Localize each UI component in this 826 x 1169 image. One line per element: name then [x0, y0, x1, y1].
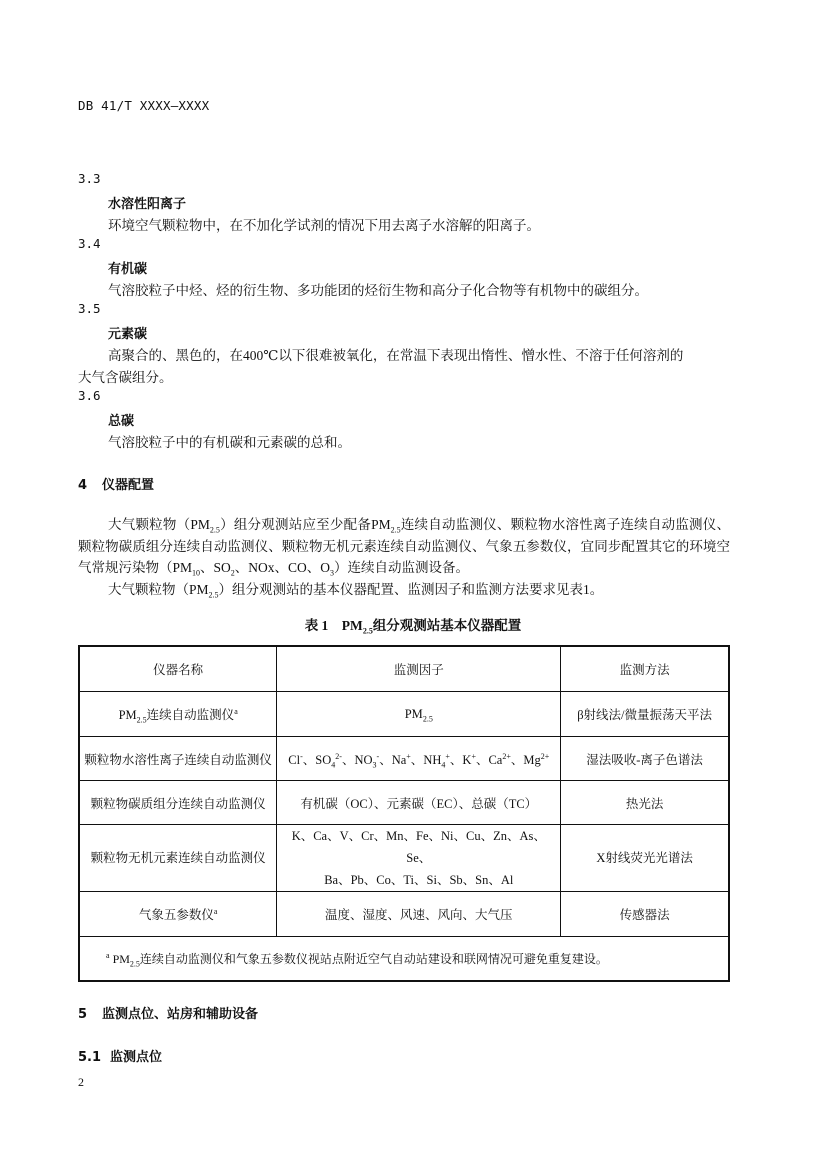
section-4-body: 大气颗粒物（PM2.5）组分观测站应至少配备PM2.5连续自动监测仪、颗粒物水溶…: [78, 514, 730, 600]
term-definition: 环境空气颗粒物中，在不加化学试剂的情况下用去离子水溶解的阳离子。: [108, 214, 540, 234]
term-definition: 气溶胶粒子中烃、烃的衍生物、多功能团的烃衍生物和高分子化合物等有机物中的碳组分。: [108, 279, 648, 299]
instrument-name: 颗粒物无机元素连续自动监测仪: [79, 825, 277, 892]
section-heading-5: 5监测点位、站房和辅助设备: [78, 1003, 258, 1022]
section-title: 监测点位、站房和辅助设备: [102, 1007, 258, 1022]
instrument-name: PM2.5连续自动监测仪a: [79, 692, 277, 737]
monitoring-factor: 有机碳（OC）、元素碳（EC）、总碳（TC）: [277, 781, 561, 825]
monitoring-method: 热光法: [561, 781, 729, 825]
monitoring-method: X射线荧光光谱法: [561, 825, 729, 892]
term-definition: 气溶胶粒子中的有机碳和元素碳的总和。: [108, 431, 351, 451]
instrument-name: 气象五参数仪a: [79, 892, 277, 937]
table-row: 气象五参数仪a 温度、湿度、风速、风向、大气压 传感器法: [79, 892, 729, 937]
clause-number: 3.5: [78, 301, 101, 316]
paragraph: 大气颗粒物（PM2.5）组分观测站应至少配备PM2.5连续自动监测仪、颗粒物水溶…: [78, 514, 730, 579]
instrument-name: 颗粒物水溶性离子连续自动监测仪: [79, 737, 277, 781]
section-heading-5-1: 5.1监测点位: [78, 1046, 162, 1065]
term-definition-continued: 大气含碳组分。: [78, 366, 173, 386]
instrument-name: 颗粒物碳质组分连续自动监测仪: [79, 781, 277, 825]
term-title: 元素碳: [108, 323, 147, 342]
section-number: 5.1: [78, 1050, 110, 1065]
section-title: 监测点位: [110, 1050, 162, 1065]
term-title: 总碳: [108, 410, 134, 429]
column-header: 仪器名称: [79, 646, 277, 692]
table-row: 颗粒物水溶性离子连续自动监测仪 Cl-、SO42-、NO3-、Na+、NH4+、…: [79, 737, 729, 781]
term-title: 有机碳: [108, 258, 147, 277]
section-title: 仪器配置: [102, 478, 154, 493]
table-note-row: a PM2.5连续自动监测仪和气象五参数仪视站点附近空气自动站建设和联网情况可避…: [79, 937, 729, 982]
monitoring-factor: 温度、湿度、风速、风向、大气压: [277, 892, 561, 937]
section-number: 5: [78, 1007, 102, 1022]
section-number: 4: [78, 478, 102, 493]
monitoring-factor: K、Ca、V、Cr、Mn、Fe、Ni、Cu、Zn、As、Se、Ba、Pb、Co、…: [277, 825, 561, 892]
column-header: 监测因子: [277, 646, 561, 692]
term-definition: 高聚合的、黑色的，在400℃以下很难被氧化，在常温下表现出惰性、憎水性、不溶于任…: [108, 344, 683, 364]
monitoring-method: 湿法吸收-离子色谱法: [561, 737, 729, 781]
monitoring-factor: Cl-、SO42-、NO3-、Na+、NH4+、K+、Ca2+、Mg2+: [277, 737, 561, 781]
clause-number: 3.4: [78, 236, 101, 251]
clause-number: 3.3: [78, 171, 101, 186]
monitoring-method: β射线法/微量振荡天平法: [561, 692, 729, 737]
table-row: PM2.5连续自动监测仪a PM2.5 β射线法/微量振荡天平法: [79, 692, 729, 737]
table-row: 颗粒物无机元素连续自动监测仪 K、Ca、V、Cr、Mn、Fe、Ni、Cu、Zn、…: [79, 825, 729, 892]
monitoring-method: 传感器法: [561, 892, 729, 937]
table-caption: 表 1 PM2.5组分观测站基本仪器配置: [0, 614, 826, 634]
monitoring-factor: PM2.5: [277, 692, 561, 737]
table-header-row: 仪器名称 监测因子 监测方法: [79, 646, 729, 692]
clause-number: 3.6: [78, 388, 101, 403]
standard-code: DB 41/T XXXX—XXXX: [78, 98, 209, 113]
instrument-config-table: 仪器名称 监测因子 监测方法 PM2.5连续自动监测仪a PM2.5 β射线法/…: [78, 645, 730, 982]
section-heading-4: 4仪器配置: [78, 474, 154, 493]
term-title: 水溶性阳离子: [108, 193, 186, 212]
table-row: 颗粒物碳质组分连续自动监测仪 有机碳（OC）、元素碳（EC）、总碳（TC） 热光…: [79, 781, 729, 825]
paragraph: 大气颗粒物（PM2.5）组分观测站的基本仪器配置、监测因子和监测方法要求见表1。: [78, 579, 730, 601]
table-footnote: a PM2.5连续自动监测仪和气象五参数仪视站点附近空气自动站建设和联网情况可避…: [79, 937, 729, 982]
page-number: 2: [78, 1075, 84, 1090]
column-header: 监测方法: [561, 646, 729, 692]
